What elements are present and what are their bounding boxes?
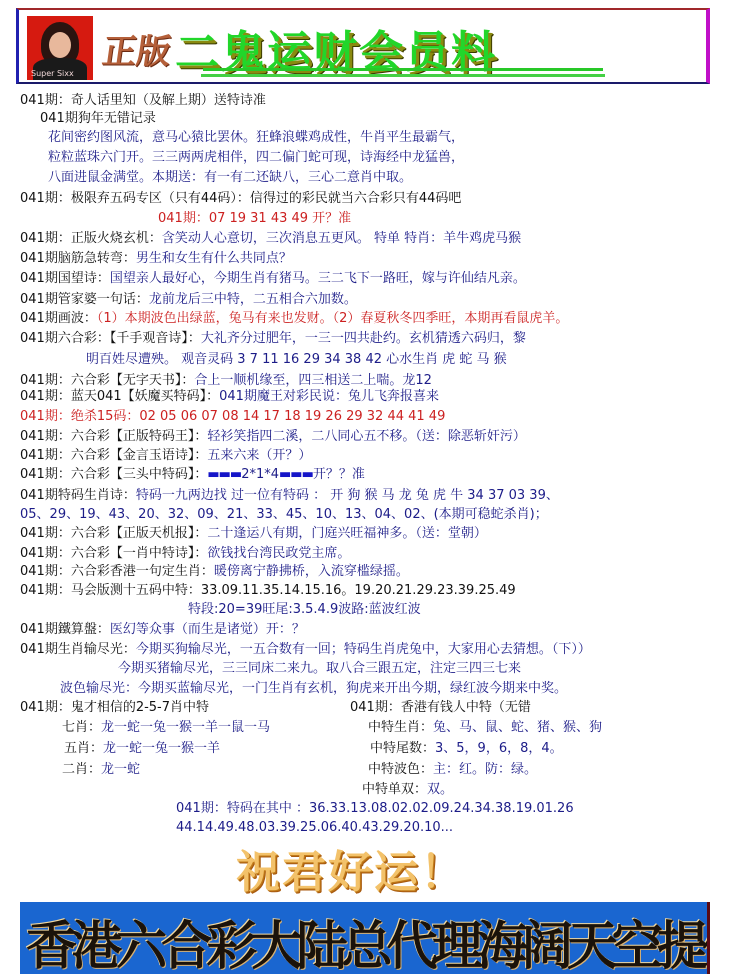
line-18: 041期：六合彩【金言玉语诗】：五来六来（开？）	[20, 447, 311, 465]
special-code-line-2: 44.14.49.48.03.39.25.06.40.43.29.20.10..…	[176, 819, 453, 837]
stamp-logo: 正版	[100, 24, 175, 73]
line-24: 041期：六合彩香港一句定生肖：暖傍离宁静拂桥，入流穿槛绿摇。	[20, 563, 409, 581]
line-26: 特段:20=39旺尾:3.5.4.9波路:蓝波红波	[188, 601, 421, 619]
line-0: 041期：奇人话里知（及解上期）送特诗准	[20, 92, 266, 110]
footer-text: 香港六合彩大陆总代理海阔天空提供	[26, 904, 710, 974]
portrait-face	[49, 32, 71, 58]
line-12: 041期六合彩：【千手观音诗】：大礼齐分过肥年，一三一四共赴约。玄机猜透六码归，…	[20, 330, 526, 348]
special-code-line-1: 041期：特码在其中 ：36.33.13.08.02.02.09.24.34.3…	[176, 800, 574, 818]
line-9: 041期国望诗：国望亲人最好心，今期生肖有猪马。三二飞下一路旺，嫁与许仙结凡亲。	[20, 270, 526, 288]
line-8: 041期脑筋急转弯：男生和女生有什么共同点？	[20, 250, 292, 268]
line-15: 041期：蓝天041【妖魔买特码】：041期魔王对彩民说：兔儿飞奔报喜来	[20, 388, 439, 406]
left-row-2: 二肖：龙一蛇	[62, 761, 140, 779]
header-banner: Super Sixx 正版 二鬼运财会员料	[16, 8, 710, 84]
portrait-photo: Super Sixx	[27, 16, 93, 80]
line-13: 明百姓尽遭殃。 观音灵码 3 7 11 16 29 34 38 42 心水生肖 …	[86, 351, 507, 369]
right-row-2: 中特波色：主：红。防：绿。	[368, 761, 537, 779]
line-3: 粒粒蓝珠六门开。三三两两虎相伴，四二偏门蛇可现，诗海经中龙猛兽，	[48, 149, 464, 167]
line-27: 041期鐵算盤：医幻等众事（而生是诸觉）开：？	[20, 621, 305, 639]
right-block-title: 041期：香港有钱人中特（无错	[350, 699, 531, 717]
line-25: 041期：马会版测十五码中特：33.09.11.35.14.15.16。19.2…	[20, 582, 516, 600]
line-16: 041期：绝杀15码：02 05 06 07 08 14 17 18 19 26…	[20, 408, 445, 426]
left-block-title: 041期：鬼才相信的2-5-7肖中特	[20, 699, 209, 717]
title-underline	[203, 68, 603, 71]
line-28: 041期生肖输尽光：今期买狗输尽光，一五合数有一回；特码生肖虎兔中，大家用心去猜…	[20, 641, 591, 659]
line-5: 041期：极限弃五码专区（只有44码）：信得过的彩民就当六合彩只有44码吧	[20, 190, 461, 208]
left-row-1: 五肖：龙一蛇一兔一猴一羊	[64, 740, 220, 758]
right-row-3: 中特单双：双。	[362, 781, 453, 799]
line-19: 041期：六合彩【三头中特码】：▬▬▬2*1*4▬▬▬开？？准	[20, 466, 365, 484]
line-21: 05、29、19、43、20、32、09、21、33、45、10、13、04、0…	[20, 506, 548, 524]
line-6: 041期：07 19 31 43 49 开？准	[158, 210, 351, 228]
line-30: 波色输尽光：今期买蓝输尽光，一门生肖有玄机，狗虎来开出今期，绿红波今期来中奖。	[60, 680, 567, 698]
photo-caption: Super Sixx	[31, 69, 74, 78]
title-underline-2	[201, 74, 605, 77]
line-4: 八面进鼠金满堂。本期送：有一有二还缺八，三心二意肖中取。	[48, 169, 412, 187]
line-1: 041期狗年无错记录	[40, 110, 156, 128]
line-22: 041期：六合彩【正版天机报】：二十逢运八有期，门庭兴旺福神多。（送：堂朝）	[20, 525, 487, 543]
line-7: 041期：正版火烧玄机：含笑动人心意切，三次消息五更风。 特单 特肖：羊牛鸡虎马…	[20, 230, 521, 248]
line-17: 041期：六合彩【正版特码王】：轻衫笑指四二溪，二八同心五不移。（送：除恶斩奸污…	[20, 428, 526, 446]
line-2: 花间密约图风流，意马心猿比罢休。狂蜂浪蝶鸡成性，牛肖平生最霸气，	[48, 129, 464, 147]
footer-banner: 香港六合彩大陆总代理海阔天空提供	[20, 902, 710, 974]
right-row-0: 中特生肖：兔、马、鼠、蛇、猪、猴、狗	[368, 719, 602, 737]
left-row-0: 七肖：龙一蛇一兔一猴一羊一鼠一马	[62, 719, 270, 737]
line-23: 041期：六合彩【一肖中特诗】：欲钱找台湾民政党主席。	[20, 545, 350, 563]
good-luck-banner: 祝君好运！	[236, 836, 466, 900]
line-20: 041期特码生肖诗：特码一九两边找 过一位有特码 ： 开 狗 猴 马 龙 兔 虎…	[20, 487, 559, 505]
line-10: 041期管家婆一句话：龙前龙后三中特，二五相合六加数。	[20, 291, 357, 309]
line-29: 今期买猪输尽光，三三同床二来九。取八合三跟五定，注定三四三七来	[118, 660, 521, 678]
line-11: 041期画波：（1）本期波色出绿蓝，兔马有来也发财。（2）春夏秋冬四季旺，本期再…	[20, 310, 568, 328]
right-row-1: 中特尾数：3、5，9，6，8，4。	[370, 740, 563, 758]
